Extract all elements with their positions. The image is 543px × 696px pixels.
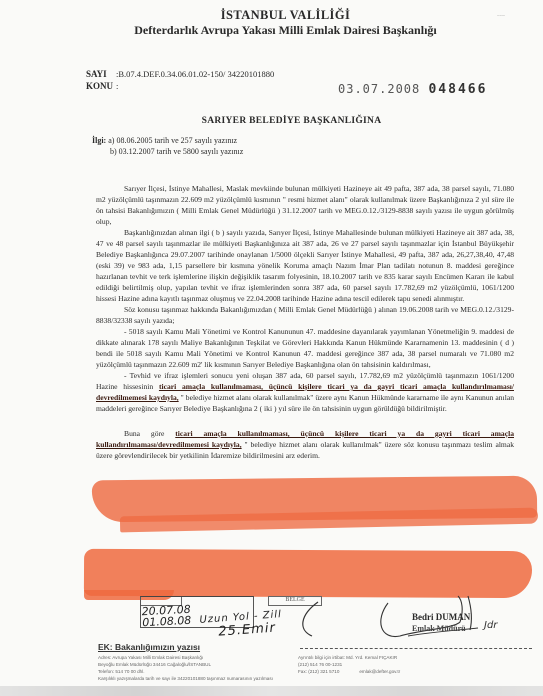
- attachment-note: EK: Bakanlığımızın yazısı: [98, 642, 200, 652]
- paragraph: - 5018 sayılı Kamu Mali Yönetimi ve Kont…: [96, 326, 514, 370]
- footer-fax: Fax: (212) 321 5710: [298, 668, 339, 675]
- paragraph-highlighted: Buna göre ticari amaçla kullanılmaması, …: [96, 428, 514, 461]
- handwritten-note-date: 25.Emir: [218, 620, 283, 639]
- konu-value: :: [116, 81, 118, 91]
- konu-label: KONU: [86, 80, 116, 92]
- handwritten-dates: 20.07.08 01.08.08: [141, 604, 191, 629]
- ilgi-label: İlgi:: [92, 136, 106, 145]
- ilgi-block: İlgi: a) 08.06.2005 tarih ve 257 sayılı …: [92, 135, 243, 157]
- addressee: SARIYER BELEDİYE BAŞKANLIĞINA: [20, 116, 543, 126]
- signer-name: Bedri DUMAN: [412, 612, 470, 623]
- handwritten-date-2: 01.08.08: [142, 615, 191, 629]
- footer-phone: Telefon: 514 70 00 dhl.: [98, 668, 298, 675]
- text-span: Buna göre: [124, 429, 175, 438]
- ilgi-b: b) 03.12.2007 tarih ve 5800 sayılı yazın…: [92, 146, 243, 157]
- footer-address-2: Beyoğlu Emlak Müdürlüğü 34416 Cağaloğlu/…: [98, 661, 298, 668]
- footer-address-1: Adres: Avrupa Yakası Milli Emlak Dairesi…: [98, 654, 298, 661]
- letter-body: Sarıyer İlçesi, İstinye Mahallesi, Masla…: [96, 183, 514, 461]
- letterhead-department: Defterdarlık Avrupa Yakası Milli Emlak D…: [28, 23, 543, 38]
- letterhead: İSTANBUL VALİLİĞİ Defterdarlık Avrupa Ya…: [0, 8, 543, 38]
- signatory: Bedri DUMAN Emlak Müdürü: [412, 612, 470, 634]
- footer-dashed-rule: [300, 648, 532, 649]
- reference-block: SAYI:B.07.4.DEF.0.34.06.01.02-150/ 34220…: [86, 68, 274, 92]
- paragraph: Sarıyer İlçesi, İstinye Mahallesi, Masla…: [96, 183, 514, 227]
- footer-note: Karşılıklı yazışmalarda tarih ve sayı il…: [98, 675, 528, 682]
- sayi-label: SAYI: [86, 68, 116, 80]
- footer-contact: Adres: Avrupa Yakası Milli Emlak Dairesi…: [98, 654, 528, 682]
- paragraph: Söz konusu taşınmaz hakkında Bakanlığımı…: [96, 304, 514, 326]
- scanned-letter-page: ~~~ İSTANBUL VALİLİĞİ Defterdarlık Avrup…: [0, 0, 543, 696]
- stamp-date: 03.07.2008: [338, 82, 420, 96]
- signer-initials: Jdr: [484, 620, 497, 631]
- paragraph: Başkanlığınızdan alınan ilgi ( b ) sayıl…: [96, 227, 514, 304]
- registry-stamp-label: BELGE: [268, 596, 322, 606]
- letterhead-governorship: İSTANBUL VALİLİĞİ: [28, 8, 543, 23]
- footer-contact-phone: (212) 514 76 00-1231: [298, 661, 342, 668]
- paragraph-highlighted: - Tevhid ve ifraz işlemleri sonucu yeni …: [96, 370, 514, 414]
- signer-title: Emlak Müdürü: [412, 623, 470, 634]
- scan-edge: [0, 686, 543, 696]
- footer-contact: Ayrıntılı bilgi için irtibat: Md. Yrd. K…: [298, 654, 397, 661]
- sayi-value: :B.07.4.DEF.0.34.06.01.02-150/ 342201018…: [116, 69, 274, 79]
- ilgi-a: a) 08.06.2005 tarih ve 257 sayılı yazını…: [108, 136, 237, 145]
- footer-email: emlak@defter.gov.tr: [359, 668, 400, 675]
- handwritten-note: Uzun Yol - Zill 25.Emir: [199, 609, 283, 641]
- stamp-number: 048466: [428, 82, 487, 97]
- incoming-stamp: 03.07.2008 048466: [338, 82, 487, 97]
